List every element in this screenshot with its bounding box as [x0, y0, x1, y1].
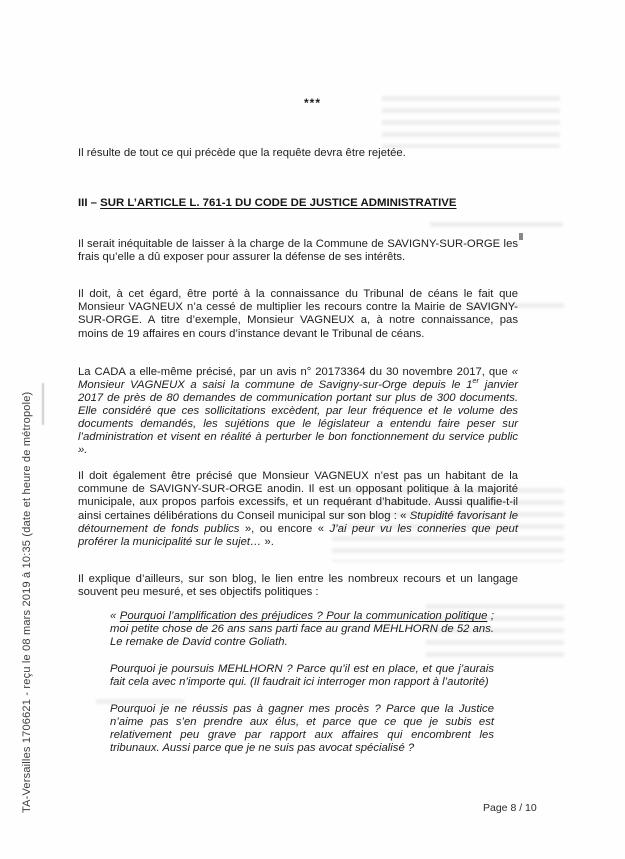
section-numeral: III –: [78, 197, 100, 209]
bleed-through-artifact: [430, 222, 563, 234]
page-number: Page 8 / 10: [483, 802, 537, 814]
section-heading: III – SUR L’ARTICLE L. 761-1 DU CODE DE …: [78, 196, 548, 210]
blockquote-proces: Pourquoi je ne réussis pas à gagner mes …: [110, 703, 494, 755]
opposant-text-b: », ou encore «: [239, 523, 329, 535]
blockquote-poursuis: Pourquoi je poursuis MEHLHORN ? Parce qu…: [110, 663, 494, 689]
paragraph-blog-intro: Il explique d’ailleurs, sur son blog, le…: [78, 573, 518, 599]
scan-speck-artifact: [519, 233, 523, 240]
opposant-text-c: ».: [264, 536, 273, 548]
conclusion-line: Il résulte de tout ce qui précède que la…: [78, 147, 518, 160]
paragraph-costs: Il serait inéquitable de laisser à la ch…: [78, 238, 518, 264]
scanned-document-page: *** Il résulte de tout ce qui précède qu…: [0, 0, 625, 859]
quote-open-guillemet: «: [110, 610, 120, 622]
blockquote-amplification: « Pourquoi l’amplification des préjudice…: [110, 610, 494, 649]
section-title: SUR L’ARTICLE L. 761-1 DU CODE DE JUSTIC…: [100, 197, 456, 209]
cada-lead: La CADA a elle-même précisé, par un avis…: [78, 366, 512, 378]
section-separator: ***: [0, 96, 625, 110]
scan-line-artifact: [42, 383, 44, 425]
quote-underlined-lead: Pourquoi l’amplification des préjudices …: [120, 610, 488, 622]
paragraph-cada: La CADA a elle-même précisé, par un avis…: [78, 366, 518, 457]
registry-timestamp-stamp: TA-Versailles 1706621 - reçu le 08 mars …: [21, 392, 33, 813]
paragraph-recours: Il doit, à cet égard, être porté à la co…: [78, 288, 518, 341]
paragraph-opposant: Il doit également être précisé que Monsi…: [78, 470, 518, 549]
